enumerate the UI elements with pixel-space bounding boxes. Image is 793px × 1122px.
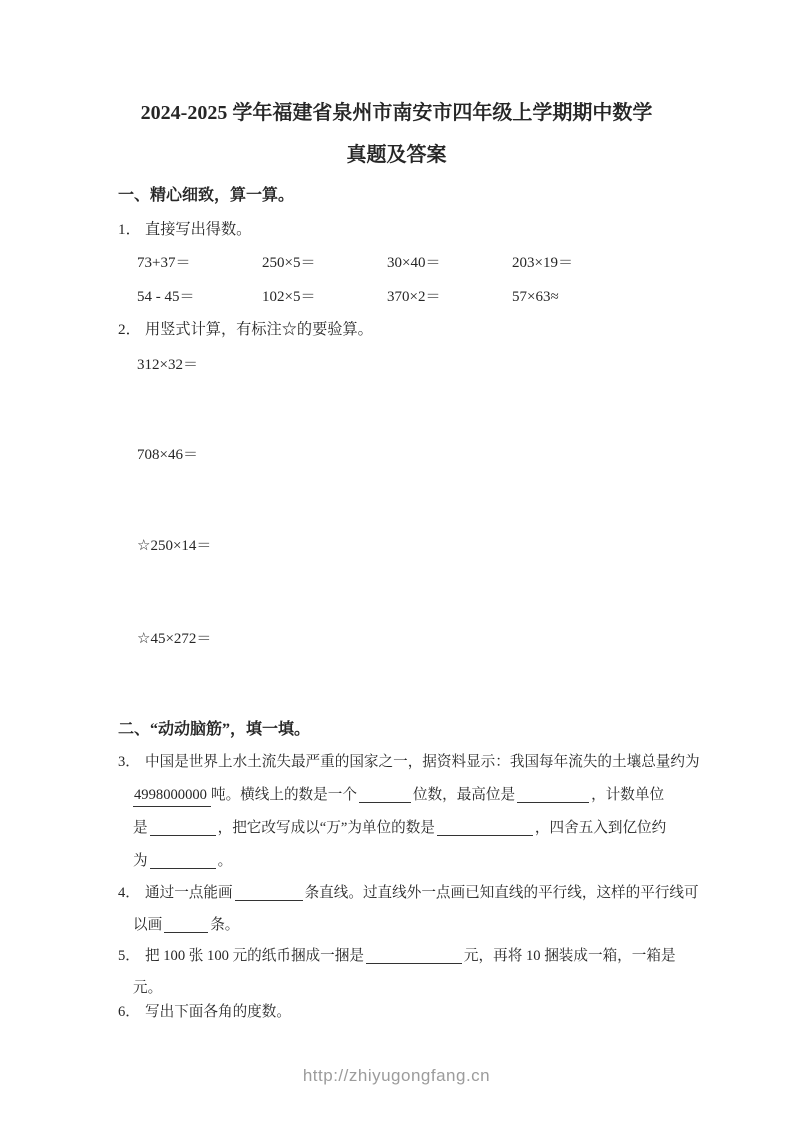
question-text-segment: 吨。横线上的数是一个 bbox=[211, 787, 357, 803]
question-5-line-2: 元。 bbox=[118, 979, 162, 998]
question-text-segment: 通过一点能画 bbox=[145, 885, 233, 901]
fill-in-blank bbox=[150, 856, 216, 869]
question-text-segment: 以画 bbox=[133, 917, 162, 933]
question-4-line-1: 4．通过一点能画条直线。过直线外一点画已知直线的平行线，这样的平行线可 bbox=[118, 884, 699, 903]
question-text-segment: ，把它改写成以“万”为单位的数是 bbox=[218, 820, 435, 836]
question-5-line-1: 5．把 100 张 100 元的纸币捆成一捆是元，再将 10 捆装成一箱，一箱是 bbox=[118, 947, 676, 966]
question-3-line-4: 为。 bbox=[118, 852, 232, 871]
q2-item-3: ☆250×14＝ bbox=[137, 537, 211, 557]
question-3-line-3: 是，把它改写成以“万”为单位的数是，四舍五入到亿位约 bbox=[118, 819, 666, 838]
question-text-segment: ，计数单位 bbox=[591, 787, 664, 803]
question-5-number: 5． bbox=[118, 947, 145, 966]
question-4-number: 4． bbox=[118, 884, 145, 903]
q2-item-2: 708×46＝ bbox=[137, 446, 198, 466]
fill-in-blank bbox=[437, 823, 533, 836]
calc-expression: 203×19＝ bbox=[512, 254, 637, 274]
question-6-number: 6． bbox=[118, 1003, 145, 1022]
q1-calc-row-1: 73+37＝250×5＝30×40＝203×19＝ bbox=[137, 254, 637, 274]
question-3-line-1: 3．中国是世界上水土流失最严重的国家之一，据资料显示：我国每年流失的土壤总量约为 bbox=[118, 753, 700, 772]
q1-calc-row-2: 54 - 45＝102×5＝370×2＝57×63≈ bbox=[137, 288, 637, 308]
calc-expression: 54 - 45＝ bbox=[137, 288, 262, 308]
fill-in-blank bbox=[366, 951, 462, 964]
question-text-segment: 条直线。过直线外一点画已知直线的平行线，这样的平行线可 bbox=[305, 885, 699, 901]
question-text-segment: 。 bbox=[218, 853, 233, 869]
question-text-segment: ，四舍五入到亿位约 bbox=[535, 820, 666, 836]
fill-in-blank bbox=[517, 790, 589, 803]
question-3-text: 中国是世界上水土流失最严重的国家之一，据资料显示：我国每年流失的土壤总量约为 bbox=[145, 754, 700, 770]
question-3-number: 3． bbox=[118, 753, 145, 772]
exam-page: 2024-2025 学年福建省泉州市南安市四年级上学期期中数学 真题及答案 一、… bbox=[0, 0, 793, 1122]
question-text-segment: 中国是世界上水土流失最严重的国家之一，据资料显示：我国每年流失的土壤总量约为 bbox=[145, 754, 700, 770]
question-3-line-2: 4998000000吨。横线上的数是一个位数，最高位是，计数单位 bbox=[118, 786, 664, 807]
question-2-text: 用竖式计算，有标注☆的要验算。 bbox=[145, 321, 373, 338]
question-6-text: 写出下面各角的度数。 bbox=[145, 1004, 291, 1020]
calc-expression: 30×40＝ bbox=[387, 254, 512, 274]
calc-expression: 250×5＝ bbox=[262, 254, 387, 274]
question-1-text: 直接写出得数。 bbox=[145, 221, 251, 238]
section-one-heading: 一、精心细致，算一算。 bbox=[118, 186, 294, 206]
calc-expression: 102×5＝ bbox=[262, 288, 387, 308]
question-text-segment: 位数，最高位是 bbox=[413, 787, 515, 803]
section-two-heading: 二、“动动脑筋”，填一填。 bbox=[118, 720, 310, 740]
question-6-label: 6．写出下面各角的度数。 bbox=[118, 1003, 291, 1022]
question-1-label: 1．直接写出得数。 bbox=[118, 220, 251, 240]
q2-item-4: ☆45×272＝ bbox=[137, 630, 211, 650]
fill-in-blank bbox=[150, 823, 216, 836]
question-4-text: 通过一点能画条直线。过直线外一点画已知直线的平行线，这样的平行线可 bbox=[145, 885, 699, 901]
question-text-segment: 为 bbox=[133, 853, 148, 869]
question-text-segment: 条。 bbox=[210, 917, 239, 933]
fill-in-blank bbox=[359, 790, 411, 803]
doc-title-line2: 真题及答案 bbox=[0, 143, 793, 168]
question-text-segment: 把 100 张 100 元的纸币捆成一捆是 bbox=[145, 948, 364, 964]
calc-expression: 370×2＝ bbox=[387, 288, 512, 308]
underlined-value: 4998000000 bbox=[133, 786, 211, 807]
calc-expression: 73+37＝ bbox=[137, 254, 262, 274]
question-text-segment: 元。 bbox=[133, 980, 162, 996]
question-4-line-2: 以画条。 bbox=[118, 916, 239, 935]
question-text-segment: 是 bbox=[133, 820, 148, 836]
question-2-number: 2． bbox=[118, 320, 145, 340]
question-5-text: 把 100 张 100 元的纸币捆成一捆是元，再将 10 捆装成一箱，一箱是 bbox=[145, 948, 676, 964]
question-text-segment: 元，再将 10 捆装成一箱，一箱是 bbox=[464, 948, 676, 964]
fill-in-blank bbox=[164, 920, 208, 933]
q2-item-1: 312×32＝ bbox=[137, 356, 198, 376]
doc-title-line1: 2024-2025 学年福建省泉州市南安市四年级上学期期中数学 bbox=[0, 101, 793, 126]
footer-url: http://zhiyugongfang.cn bbox=[0, 1066, 793, 1086]
fill-in-blank bbox=[235, 888, 303, 901]
calc-expression: 57×63≈ bbox=[512, 288, 637, 308]
question-2-label: 2．用竖式计算，有标注☆的要验算。 bbox=[118, 320, 373, 340]
question-1-number: 1． bbox=[118, 220, 145, 240]
